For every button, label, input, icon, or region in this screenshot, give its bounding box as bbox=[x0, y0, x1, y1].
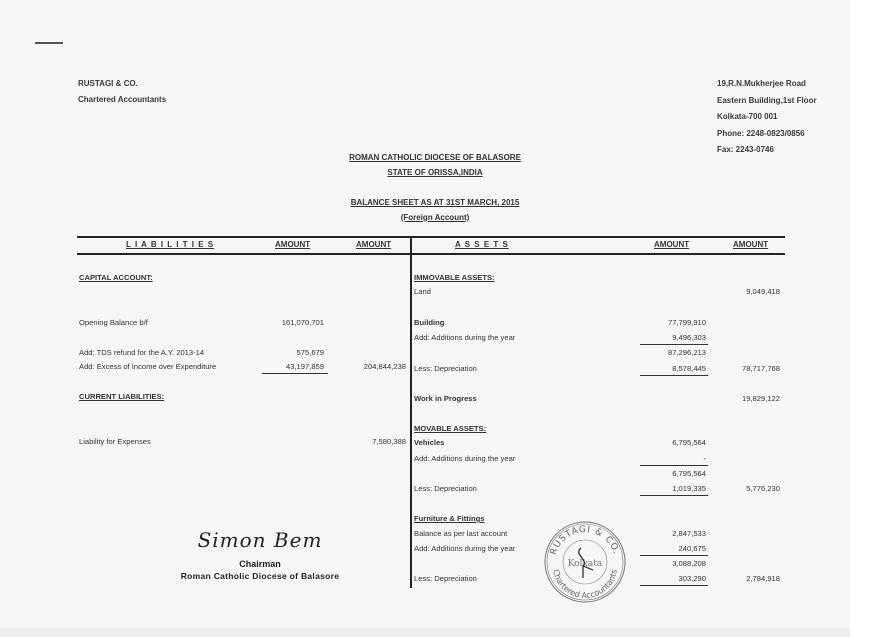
liability-expenses-value: 7,580,388 bbox=[336, 437, 406, 446]
liability-expenses-label: Liability for Expenses bbox=[79, 437, 151, 446]
vehicles-additions-value: - bbox=[636, 454, 706, 463]
vehicles-additions-label: Add: Additions during the year bbox=[414, 454, 515, 463]
wip-value: 19,829,122 bbox=[710, 394, 780, 403]
furniture-additions-label: Add: Additions during the year bbox=[414, 544, 515, 553]
assets-header: A S S E T S bbox=[455, 240, 509, 249]
org-title: ROMAN CATHOLIC DIOCESE OF BALASORE bbox=[300, 150, 570, 165]
signatory-org: Roman Catholic Diocese of Balasore bbox=[150, 571, 370, 581]
page-edge bbox=[0, 628, 850, 637]
movable-assets-heading: MOVABLE ASSETS: bbox=[414, 424, 486, 433]
subtotal-rule bbox=[640, 555, 708, 556]
stamp-top-text: RUSTAGI & CO. bbox=[549, 525, 621, 556]
building-additions-label: Add: Additions during the year bbox=[414, 333, 515, 342]
firm-name: RUSTAGI & CO. bbox=[78, 76, 166, 92]
furniture-subtotal: 3,088,208 bbox=[636, 559, 706, 568]
svg-text:RUSTAGI & CO.: RUSTAGI & CO. bbox=[549, 525, 621, 556]
table-divider bbox=[410, 236, 412, 588]
vehicles-subtotal: 6,795,564 bbox=[636, 469, 706, 478]
firm-block: RUSTAGI & CO. Chartered Accountants bbox=[78, 76, 166, 108]
furniture-additions-value: 240,675 bbox=[636, 544, 706, 553]
subtotal-rule bbox=[640, 495, 708, 496]
amount-header: AMOUNT bbox=[733, 240, 768, 249]
subtotal-rule bbox=[640, 465, 708, 466]
signature-scrawl: Simon Bem bbox=[150, 528, 370, 558]
state-title: STATE OF ORISSA,INDIA bbox=[300, 165, 570, 180]
furniture-net-value: 2,784,918 bbox=[710, 574, 780, 583]
vehicles-depreciation-label: Less: Depreciation bbox=[414, 484, 477, 493]
tds-refund-value: 575,679 bbox=[254, 348, 324, 357]
svg-text:Chartered Accountants: Chartered Accountants bbox=[551, 569, 619, 601]
opening-balance-label: Opening Balance b/f bbox=[79, 318, 148, 327]
account-subtitle: (Foreign Account) bbox=[300, 210, 570, 225]
building-depreciation-label: Less: Depreciation bbox=[414, 364, 477, 373]
table-header-rule bbox=[77, 253, 785, 255]
excess-income-label: Add: Excess of Income over Expenditure bbox=[79, 362, 216, 371]
building-additions-value: 9,496,303 bbox=[636, 333, 706, 342]
document-page: RUSTAGI & CO. Chartered Accountants 19,R… bbox=[0, 0, 850, 637]
furniture-balance-value: 2,847,533 bbox=[636, 529, 706, 538]
vehicles-value: 6,795,564 bbox=[636, 438, 706, 447]
address-block: 19,R.N.Mukherjee Road Eastern Building,1… bbox=[717, 76, 817, 159]
table-top-rule bbox=[77, 236, 785, 238]
capital-account-heading: CAPITAL ACCOUNT: bbox=[79, 273, 153, 282]
building-label: Building bbox=[414, 318, 444, 327]
tds-refund-label: Add: TDS refund for the A.Y. 2013-14 bbox=[79, 348, 204, 357]
title-block: ROMAN CATHOLIC DIOCESE OF BALASORE STATE… bbox=[300, 150, 570, 225]
subtotal-rule bbox=[640, 375, 708, 376]
amount-header: AMOUNT bbox=[356, 240, 391, 249]
current-liabilities-heading: CURRENT LIABILITIES: bbox=[79, 392, 164, 401]
building-depreciation-value: 8,578,445 bbox=[636, 364, 706, 373]
vehicles-label: Vehicles bbox=[414, 438, 444, 447]
land-label: Land bbox=[414, 287, 431, 296]
vehicles-net-value: 5,776,230 bbox=[710, 484, 780, 493]
auditor-stamp-icon: RUSTAGI & CO. Chartered Accountants Kolk… bbox=[543, 520, 627, 604]
liabilities-header: L I A B I L I T I E S bbox=[126, 240, 214, 249]
address-line: 19,R.N.Mukherjee Road bbox=[717, 76, 817, 93]
furniture-depreciation-value: 303,290 bbox=[636, 574, 706, 583]
amount-header: AMOUNT bbox=[275, 240, 310, 249]
wip-label: Work in Progress bbox=[414, 394, 477, 403]
address-fax: Fax: 2243-0746 bbox=[717, 142, 817, 159]
furniture-balance-label: Balance as per last account bbox=[414, 529, 507, 538]
building-subtotal: 87,296,213 bbox=[636, 348, 706, 357]
subtotal-rule bbox=[262, 373, 328, 374]
opening-balance-value: 161,070,701 bbox=[254, 318, 324, 327]
amount-header: AMOUNT bbox=[654, 240, 689, 249]
signatory-title: Chairman bbox=[150, 558, 370, 571]
excess-income-value: 43,197,859 bbox=[254, 362, 324, 371]
chairman-signature-block: Simon Bem Chairman Roman Catholic Dioces… bbox=[150, 528, 370, 581]
stamp-bottom-text: Chartered Accountants bbox=[551, 569, 619, 601]
address-line: Kolkata-700 001 bbox=[717, 109, 817, 126]
vehicles-depreciation-value: 1,019,335 bbox=[636, 484, 706, 493]
firm-subtitle: Chartered Accountants bbox=[78, 92, 166, 108]
scan-mark bbox=[35, 42, 63, 44]
address-phone: Phone: 2248-0823/0856 bbox=[717, 126, 817, 143]
immovable-assets-heading: IMMOVABLE ASSETS: bbox=[414, 273, 495, 282]
capital-account-total: 204,844,238 bbox=[336, 362, 406, 371]
address-line: Eastern Building,1st Floor bbox=[717, 93, 817, 110]
land-value: 9,049,418 bbox=[710, 287, 780, 296]
building-net-value: 78,717,768 bbox=[710, 364, 780, 373]
building-value: 77,799,910 bbox=[636, 318, 706, 327]
balance-sheet-title: BALANCE SHEET AS AT 31ST MARCH, 2015 bbox=[300, 195, 570, 210]
furniture-depreciation-label: Less: Depreciation bbox=[414, 574, 477, 583]
furniture-heading: Furniture & Fittings bbox=[414, 514, 484, 523]
subtotal-rule bbox=[640, 585, 708, 586]
subtotal-rule bbox=[640, 344, 708, 345]
